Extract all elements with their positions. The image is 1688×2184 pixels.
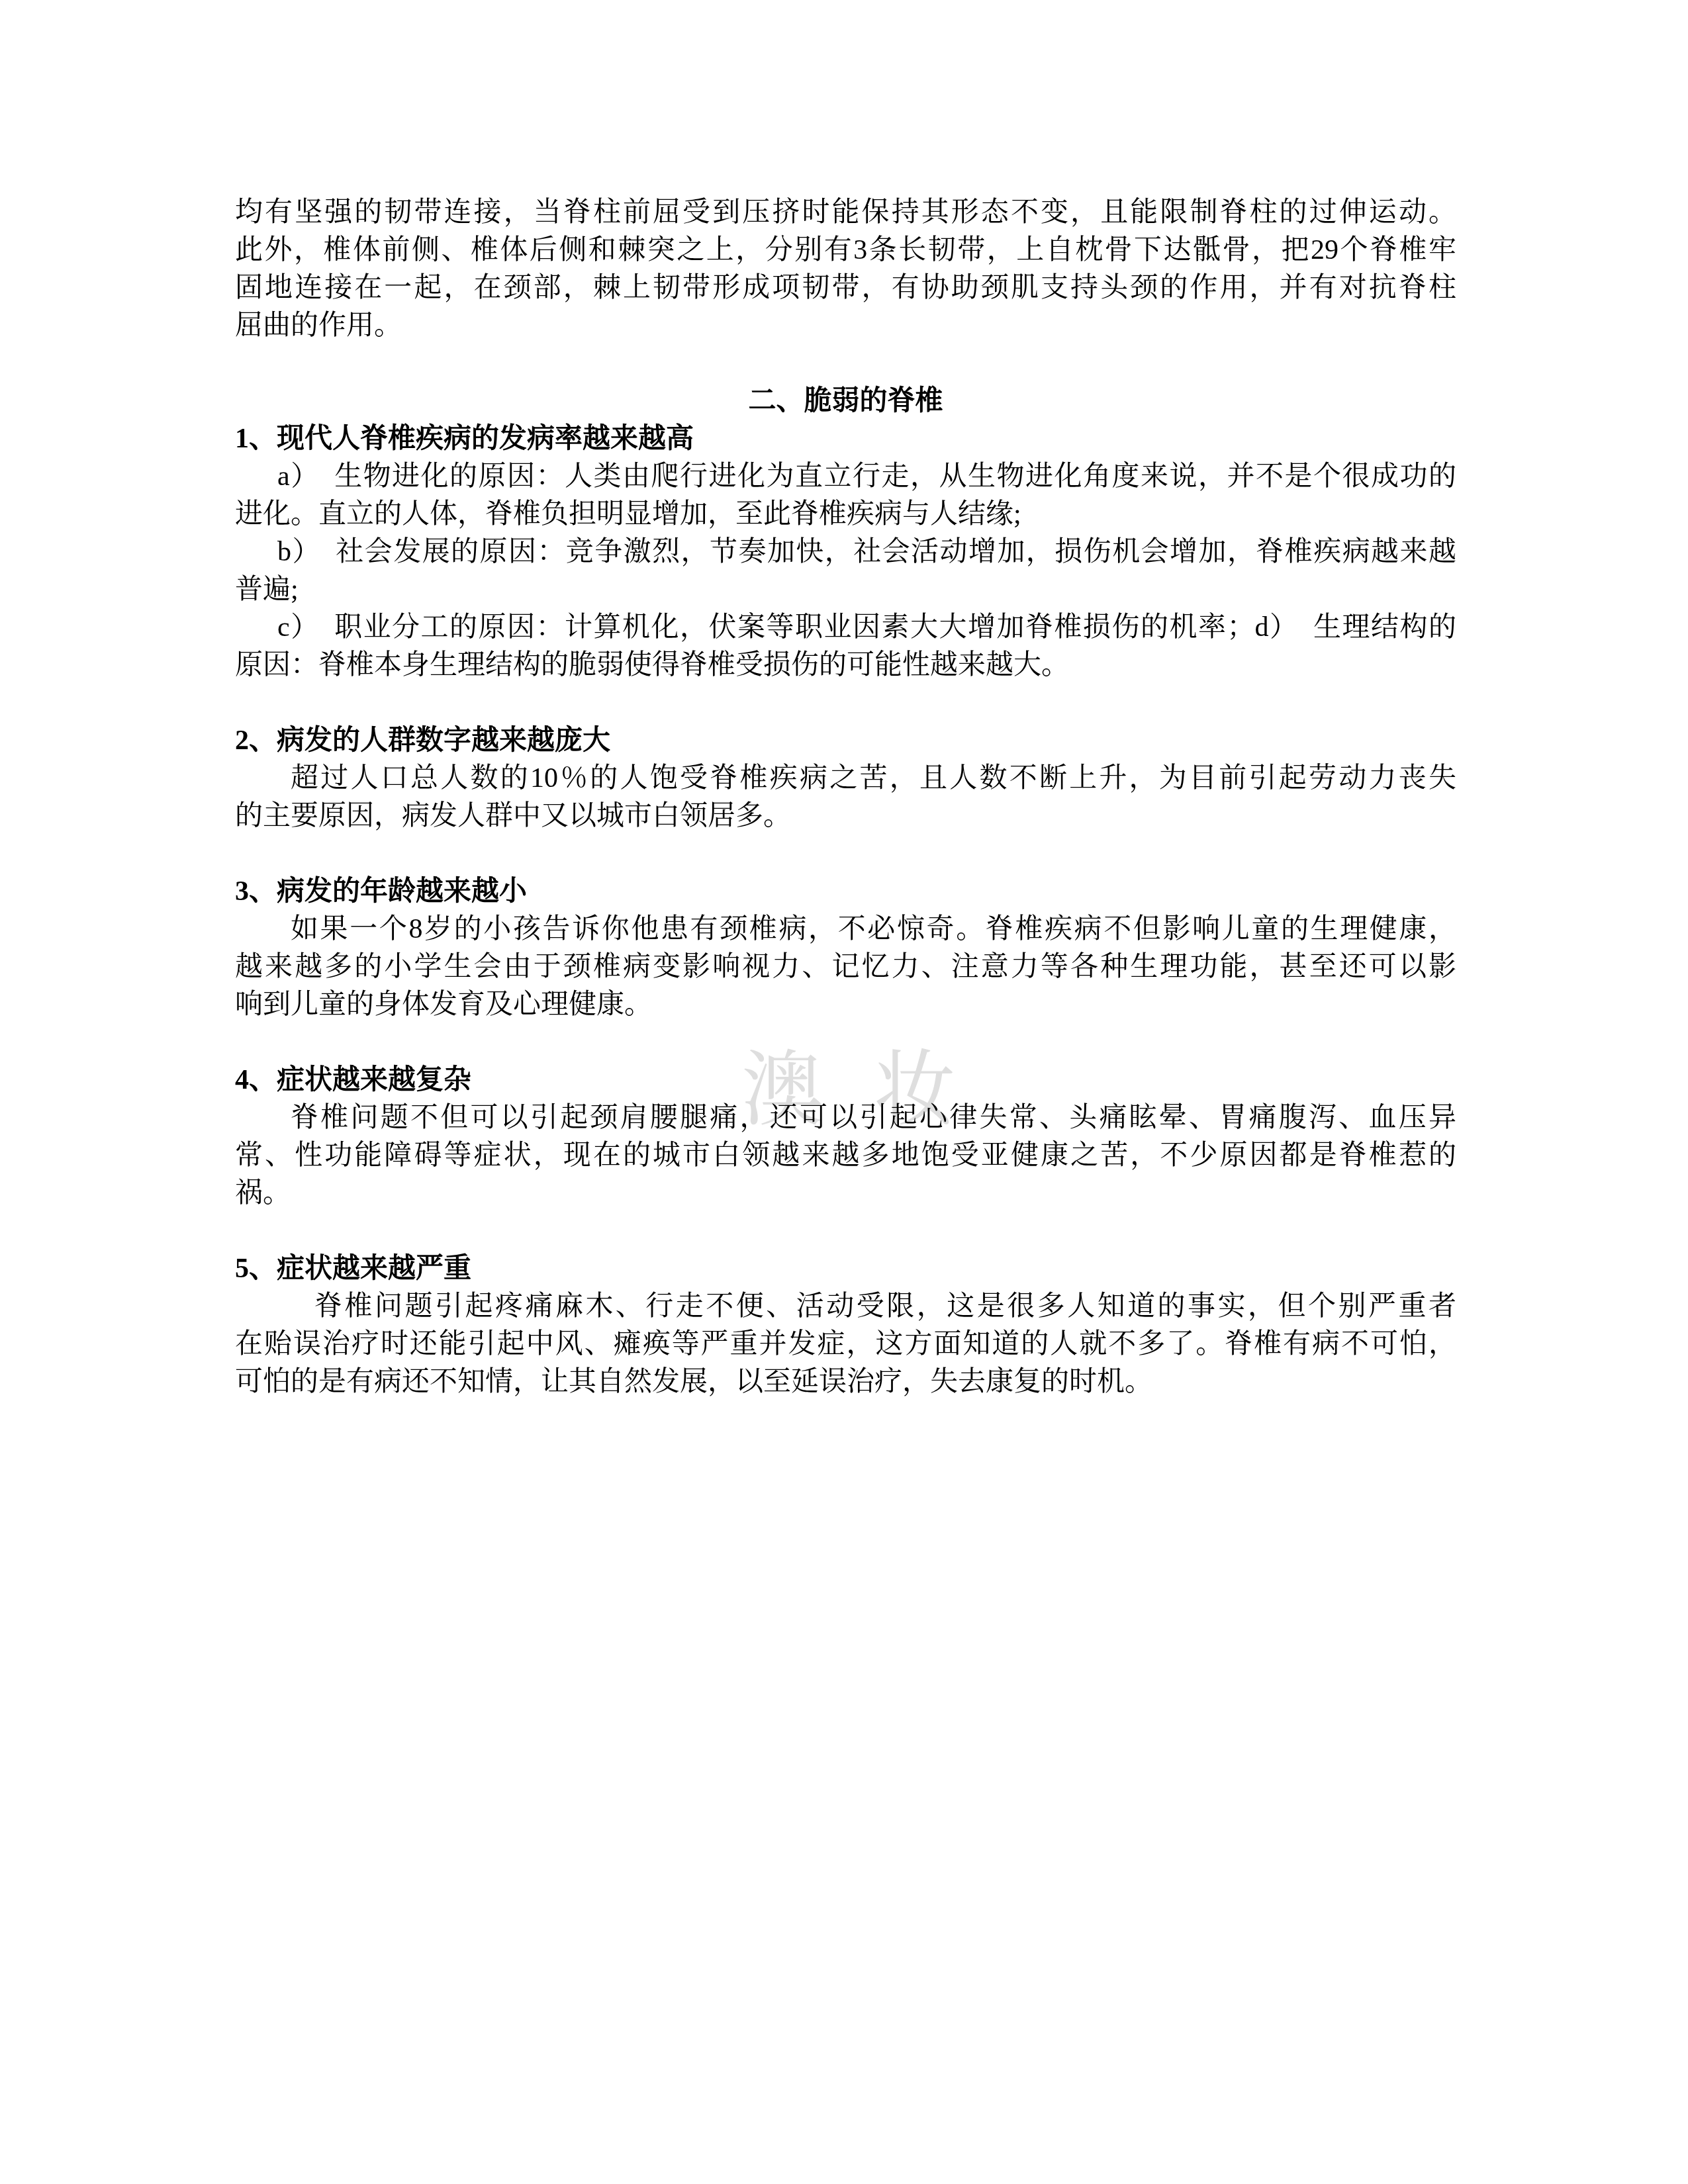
- section-2-line-1: 超过人口总人数的10％的人饱受脊椎疾病之苦，且人数不断上升，为目前引起劳动力丧失: [235, 760, 1456, 797]
- section-5-line-2: 在贻误治疗时还能引起中风、瘫痪等严重并发症，这方面知道的人就不多了。脊椎有病不可…: [235, 1326, 1456, 1363]
- section-5-title: 5、症状越来越严重: [235, 1250, 1456, 1288]
- section-2-line-2: 的主要原因，病发人群中又以城市白领居多。: [235, 797, 1456, 835]
- section-1-item-c-line-2: 原因：脊椎本身生理结构的脆弱使得脊椎受损伤的可能性越来越大。: [235, 647, 1456, 684]
- document-page: 澳 妆 均有坚强的韧带连接，当脊柱前屈受到压挤时能保持其形态不变，且能限制脊柱的…: [0, 0, 1688, 2184]
- section-1-title: 1、现代人脊椎疾病的发病率越来越高: [235, 420, 1456, 458]
- spacer: [235, 835, 1456, 873]
- section-4-line-2: 常、性功能障碍等症状，现在的城市白领越来越多地饱受亚健康之苦，不少原因都是脊椎惹…: [235, 1137, 1456, 1175]
- section-1-item-b-line-1: b） 社会发展的原因：竞争激烈，节奏加快，社会活动增加，损伤机会增加，脊椎疾病越…: [235, 533, 1456, 571]
- intro-line-3: 固地连接在一起，在颈部，棘上韧带形成项韧带，有协助颈肌支持头颈的作用，并有对抗脊…: [235, 269, 1456, 307]
- chapter-heading: 二、脆弱的脊椎: [235, 383, 1456, 420]
- spacer: [235, 1024, 1456, 1062]
- intro-line-2: 此外，椎体前侧、椎体后侧和棘突之上，分别有3条长韧带，上自枕骨下达骶骨，把29个…: [235, 232, 1456, 269]
- section-3-line-1: 如果一个8岁的小孩告诉你他患有颈椎病，不必惊奇。脊椎疾病不但影响儿童的生理健康，: [235, 911, 1456, 948]
- document-content: 均有坚强的韧带连接，当脊柱前屈受到压挤时能保持其形态不变，且能限制脊柱的过伸运动…: [235, 194, 1456, 1401]
- section-3-line-2: 越来越多的小学生会由于颈椎病变影响视力、记忆力、注意力等各种生理功能，甚至还可以…: [235, 948, 1456, 986]
- section-3-title: 3、病发的年龄越来越小: [235, 873, 1456, 911]
- intro-line-1: 均有坚强的韧带连接，当脊柱前屈受到压挤时能保持其形态不变，且能限制脊柱的过伸运动…: [235, 194, 1456, 232]
- section-1-item-a-line-2: 进化。直立的人体，脊椎负担明显增加，至此脊椎疾病与人结缘;: [235, 496, 1456, 533]
- section-4-title: 4、症状越来越复杂: [235, 1062, 1456, 1099]
- intro-line-4: 屈曲的作用。: [235, 307, 1456, 345]
- section-5-line-3: 可怕的是有病还不知情，让其自然发展，以至延误治疗，失去康复的时机。: [235, 1363, 1456, 1401]
- spacer: [235, 345, 1456, 383]
- section-5-line-1: 脊椎问题引起疼痛麻木、行走不便、活动受限，这是很多人知道的事实，但个别严重者: [235, 1288, 1456, 1326]
- section-1-item-a-line-1: a） 生物进化的原因：人类由爬行进化为直立行走，从生物进化角度来说，并不是个很成…: [235, 458, 1456, 496]
- section-3-line-3: 响到儿童的身体发育及心理健康。: [235, 986, 1456, 1024]
- spacer: [235, 1212, 1456, 1250]
- section-2-title: 2、病发的人群数字越来越庞大: [235, 722, 1456, 760]
- section-4-line-1: 脊椎问题不但可以引起颈肩腰腿痛，还可以引起心律失常、头痛眩晕、胃痛腹泻、血压异: [235, 1099, 1456, 1137]
- spacer: [235, 684, 1456, 722]
- section-1-item-c-line-1: c） 职业分工的原因：计算机化，伏案等职业因素大大增加脊椎损伤的机率；d） 生理…: [235, 609, 1456, 647]
- section-1-item-b-line-2: 普遍;: [235, 571, 1456, 609]
- section-4-line-3: 祸。: [235, 1175, 1456, 1212]
